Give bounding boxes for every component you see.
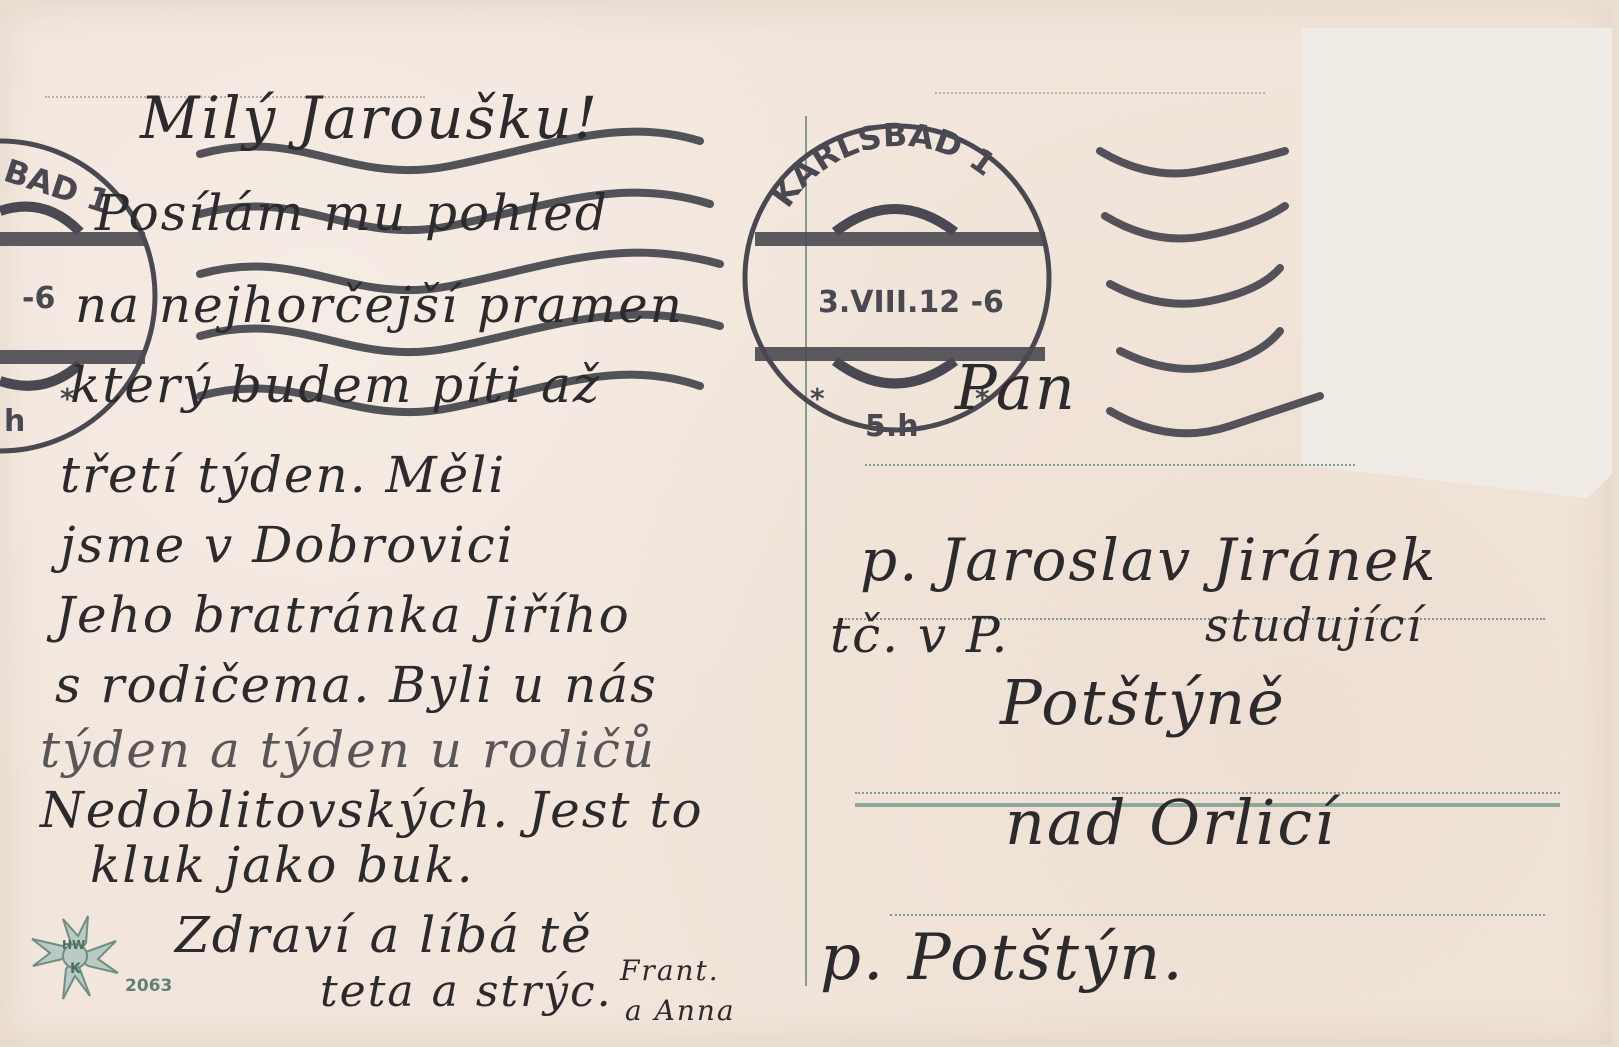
svg-text:HW: HW (62, 938, 85, 952)
signature-line: Frant. (620, 954, 720, 987)
svg-text:KARLSBAD 1: KARLSBAD 1 (763, 116, 1002, 214)
address-prefix: tč. v P. (830, 606, 1009, 664)
postcard: KARLSBAD 1 3.VIII.12 -6 5.h * * BAD 1 -6… (0, 6, 1612, 1044)
message-line: Jeho bratránka Jiřího (55, 586, 631, 644)
message-line: který budem píti až (70, 356, 601, 414)
message-line: s rodičema. Byli u nás (55, 656, 658, 714)
edelweiss-icon: HW K (28, 911, 123, 1001)
message-line: týden a týden u rodičů (40, 721, 656, 779)
svg-text:*: * (810, 382, 825, 415)
svg-text:-6: -6 (22, 281, 55, 316)
message-line: Posílám mu pohled (95, 184, 609, 242)
publisher-number: 2063 (125, 976, 172, 996)
svg-text:h: h (4, 404, 25, 439)
message-line: Nedoblitovských. Jest to (40, 781, 704, 839)
svg-text:5.h: 5.h (865, 409, 919, 444)
message-line: třetí týden. Měli (60, 446, 506, 504)
wavy-cancellation-lines-right (1100, 151, 1320, 433)
address-name: p. Jaroslav Jiránek (860, 526, 1438, 594)
address-city: Potštýně (1000, 666, 1286, 739)
address-salutation: Pan (955, 351, 1077, 424)
message-line: Zdraví a líbá tě (175, 906, 593, 964)
svg-text:3.VIII.12 -6: 3.VIII.12 -6 (818, 285, 1004, 320)
message-line: na nejhorčejší pramen (75, 276, 684, 334)
address-river: nad Orlicí (1005, 786, 1336, 859)
address-post-office: p. Potštýn. (820, 921, 1185, 995)
message-line: kluk jako buk. (90, 836, 475, 894)
message-line: teta a strýc. (320, 966, 613, 1017)
signature-line: a Anna (625, 994, 736, 1027)
address-note: studující (1205, 598, 1423, 652)
message-line: Milý Jaroušku! (140, 84, 599, 152)
message-line: jsme v Dobrovici (60, 516, 515, 574)
svg-text:K: K (70, 961, 82, 977)
